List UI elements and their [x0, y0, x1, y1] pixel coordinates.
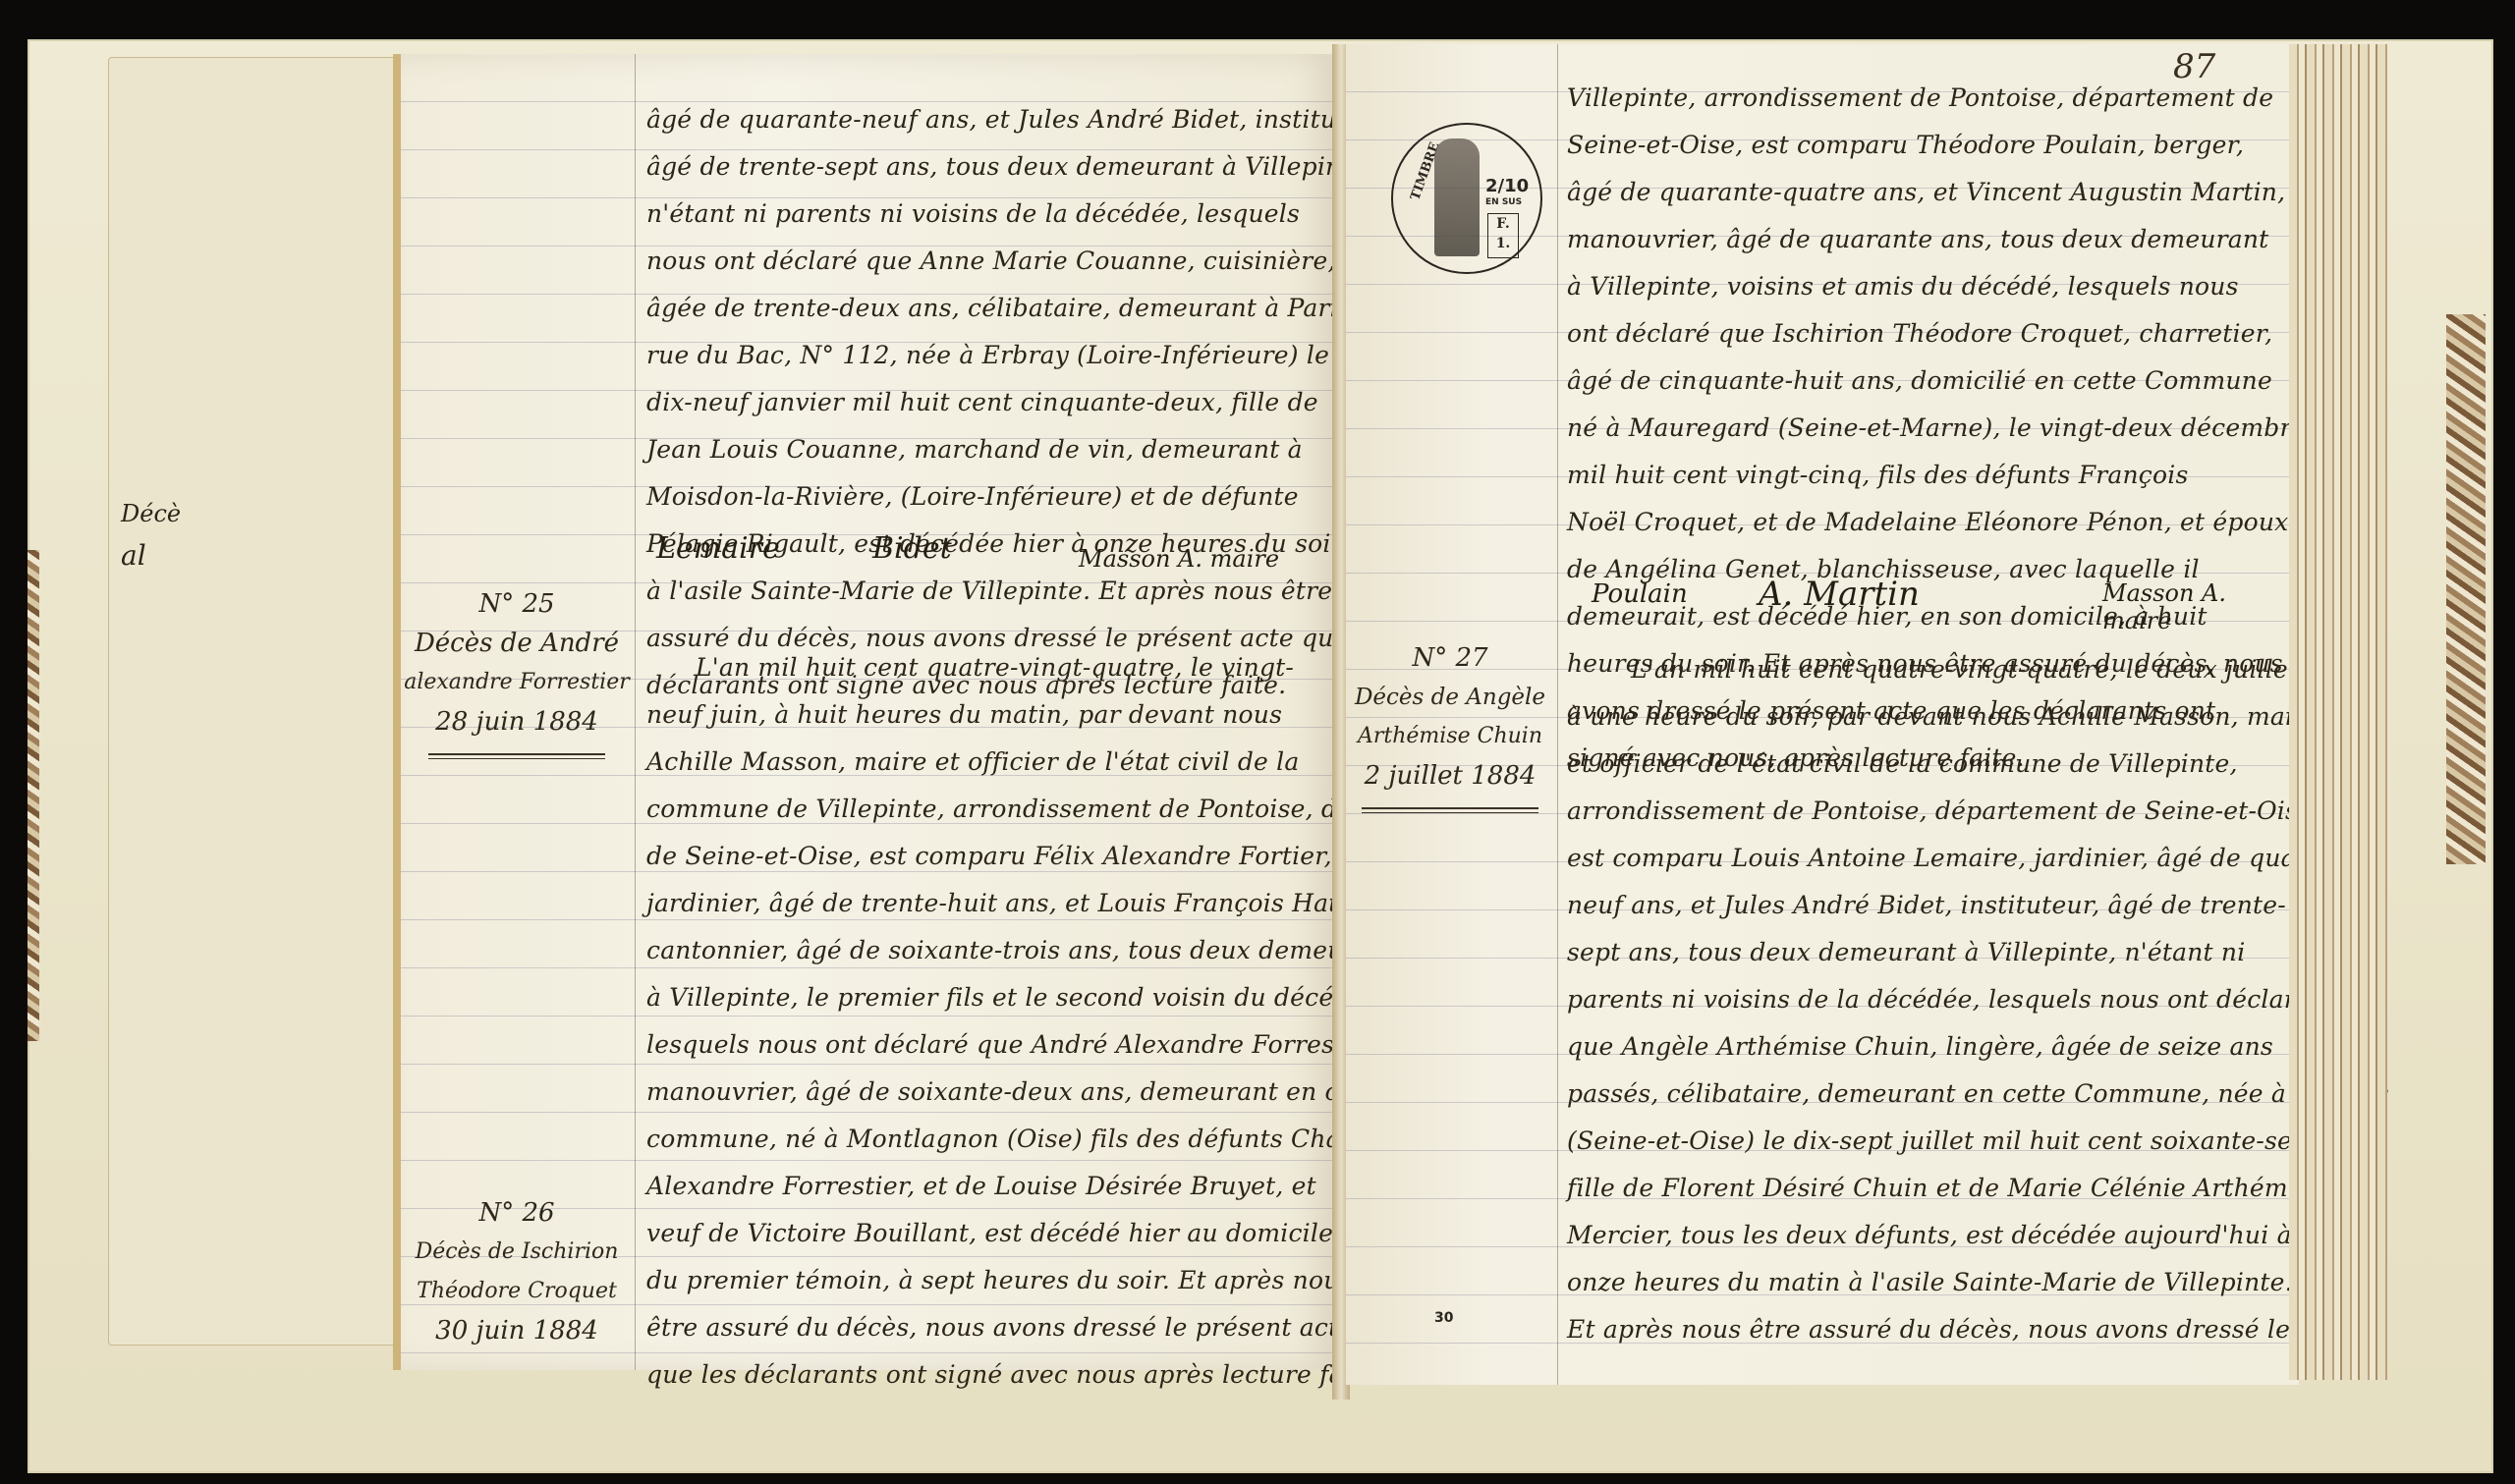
record-line: Seine-et-Oise, est comparu Théodore Poul… — [1567, 131, 2244, 159]
entry-number: N° 27 — [1346, 638, 1554, 678]
stamp-value: 1. — [1488, 234, 1518, 253]
record-line: âgé de trente-sept ans, tous deux demeur… — [646, 152, 1374, 181]
entry-number: N° 26 — [401, 1193, 633, 1233]
record-line: sept ans, tous deux demeurant à Villepin… — [1567, 938, 2245, 966]
signature: A. Martin — [1759, 575, 1920, 614]
record-line: à Villepinte, le premier fils et le seco… — [646, 983, 1372, 1012]
justice-figure-icon — [1434, 138, 1480, 256]
record-line: L'an mil huit cent quatre-vingt-quatre, … — [1631, 655, 2306, 684]
signature: Poulain — [1592, 579, 1688, 609]
record-line: Jean Louis Couanne, marchand de vin, dem… — [646, 435, 1303, 464]
margin-name: alexandre Forrestier — [401, 663, 633, 702]
record-line: fille de Florent Désiré Chuin et de Mari… — [1567, 1174, 2323, 1202]
record-line: neuf juin, à huit heures du matin, par d… — [646, 700, 1282, 729]
record-line: (Seine-et-Oise) le dix-sept juillet mil … — [1567, 1127, 2326, 1155]
record-line: n'étant ni parents ni voisins de la décé… — [646, 199, 1300, 228]
record-line: Mercier, tous les deux défunts, est décé… — [1567, 1221, 2292, 1249]
record-line: passés, célibataire, demeurant en cette … — [1567, 1079, 2389, 1108]
record-line: assuré du décès, nous avons dressé le pr… — [646, 624, 1392, 652]
stamp-unit: F. — [1488, 214, 1518, 234]
record-line: cantonnier, âgé de soixante-trois ans, t… — [646, 936, 1396, 964]
record-line: mil huit cent vingt-cinq, fils des défun… — [1567, 461, 2189, 489]
record-line: à l'asile Sainte-Marie de Villepinte. Et… — [646, 577, 1332, 605]
signature: Lemaire — [656, 531, 780, 566]
record-line: L'an mil huit cent quatre-vingt-quatre, … — [696, 653, 1294, 682]
stamp-surcharge: 2/10 — [1485, 176, 1529, 196]
record-line: ont déclaré que Ischirion Théodore Croqu… — [1567, 319, 2272, 348]
record-line: commune, né à Montlagnon (Oise) fils des… — [646, 1125, 1388, 1153]
record-line: manouvrier, âgé de quarante ans, tous de… — [1567, 225, 2268, 253]
mayor-signature: Masson A. maire — [2102, 579, 2299, 634]
record-line: nous ont déclaré que Anne Marie Couanne,… — [646, 247, 1336, 275]
partial-margin-text-1: Décè — [121, 500, 181, 527]
record-line: que Angèle Arthémise Chuin, lingère, âgé… — [1567, 1032, 2273, 1061]
marbled-endpaper-right-top — [2446, 314, 2486, 864]
margin-entry-27: N° 27 Décès de Angèle Arthémise Chuin 2 … — [1346, 638, 1554, 813]
entry-divider — [1362, 807, 1538, 813]
record-line: est comparu Louis Antoine Lemaire, jardi… — [1567, 844, 2372, 872]
record-line: Noël Croquet, et de Madelaine Eléonore P… — [1567, 508, 2288, 536]
mayor-signature: Masson A. maire — [1079, 545, 1279, 573]
underlying-leaf: Décè al — [108, 57, 405, 1346]
margin-name: Arthémise Chuin — [1346, 717, 1554, 756]
margin-name: Théodore Croquet — [401, 1272, 633, 1311]
record-line: de Seine-et-Oise, est comparu Félix Alex… — [646, 842, 1332, 870]
record-line: âgé de cinquante-huit ans, domicilié en … — [1567, 366, 2272, 395]
margin-date: 2 juillet 1884 — [1346, 756, 1554, 796]
margin-rule — [1557, 44, 1558, 1385]
margin-title: Décès de Ischirion — [401, 1233, 633, 1272]
record-line: Moisdon-la-Rivière, (Loire-Inférieure) e… — [646, 482, 1299, 511]
record-line: Et après nous être assuré du décès, nous… — [1567, 1315, 2290, 1344]
record-line: que les déclarants ont signé avec nous a… — [646, 1360, 1384, 1389]
record-line: veuf de Victoire Bouillant, est décédé h… — [646, 1219, 1333, 1247]
record-line: Alexandre Forrestier, et de Louise Désir… — [646, 1172, 1316, 1200]
record-line: Achille Masson, maire et officier de l'é… — [646, 747, 1299, 776]
record-line: âgée de trente-deux ans, célibataire, de… — [646, 294, 1359, 322]
record-line: être assuré du décès, nous avons dressé … — [646, 1313, 1353, 1342]
entry-number: N° 25 — [401, 584, 633, 624]
record-line: neuf ans, et Jules André Bidet, institut… — [1567, 891, 2286, 919]
margin-date: 30 juin 1884 — [401, 1311, 633, 1350]
margin-entry-26: N° 26 Décès de Ischirion Théodore Croque… — [401, 1193, 633, 1350]
record-line: à une heure du soir, par devant nous Ach… — [1567, 702, 2319, 731]
signature: Bidet — [872, 531, 952, 566]
record-line: âgé de quarante-quatre ans, et Vincent A… — [1567, 178, 2285, 206]
record-line: Villepinte, arrondissement de Pontoise, … — [1567, 83, 2273, 112]
record-line: rue du Bac, N° 112, née à Erbray (Loire-… — [646, 341, 1329, 369]
record-line: onze heures du matin à l'asile Sainte-Ma… — [1567, 1268, 2293, 1296]
record-line: du premier témoin, à sept heures du soir… — [646, 1266, 1353, 1294]
folio-number: 30 — [1434, 1310, 1453, 1326]
record-line: né à Mauregard (Seine-et-Marne), le ving… — [1567, 413, 2307, 442]
left-page: âgé de quarante-neuf ans, et Jules André… — [393, 54, 1336, 1370]
record-line: âgé de quarante-neuf ans, et Jules André… — [646, 105, 1394, 134]
page-number: 87 — [2173, 47, 2215, 86]
stamp-surcharge-note: EN SUS — [1485, 197, 1522, 207]
tax-stamp: TIMBRE 2/10 EN SUS F. 1. — [1391, 123, 1542, 274]
margin-rule — [635, 54, 636, 1370]
margin-date: 28 juin 1884 — [401, 702, 633, 742]
margin-title: Décès de Angèle — [1346, 678, 1554, 717]
marbled-endpaper-left — [28, 550, 39, 1041]
record-line: lesquels nous ont déclaré que André Alex… — [646, 1030, 1384, 1059]
page-edges-stack — [2289, 44, 2387, 1380]
partial-margin-text-2: al — [121, 539, 146, 572]
record-line: arrondissement de Pontoise, département … — [1567, 797, 2320, 825]
record-line: parents ni voisins de la décédée, lesque… — [1567, 985, 2311, 1014]
record-line: à Villepinte, voisins et amis du décédé,… — [1567, 272, 2239, 301]
record-line: dix-neuf janvier mil huit cent cinquante… — [646, 388, 1318, 416]
margin-entry-25: N° 25 Décès de André alexandre Forrestie… — [401, 584, 633, 759]
entry-divider — [428, 753, 605, 759]
stamp-denomination: F. 1. — [1487, 213, 1519, 258]
margin-title: Décès de André — [401, 624, 633, 663]
record-line: manouvrier, âgé de soixante-deux ans, de… — [646, 1077, 1388, 1106]
record-line: jardinier, âgé de trente-huit ans, et Lo… — [646, 889, 1362, 917]
record-line: et officier de l'état civil de la commun… — [1567, 749, 2238, 778]
